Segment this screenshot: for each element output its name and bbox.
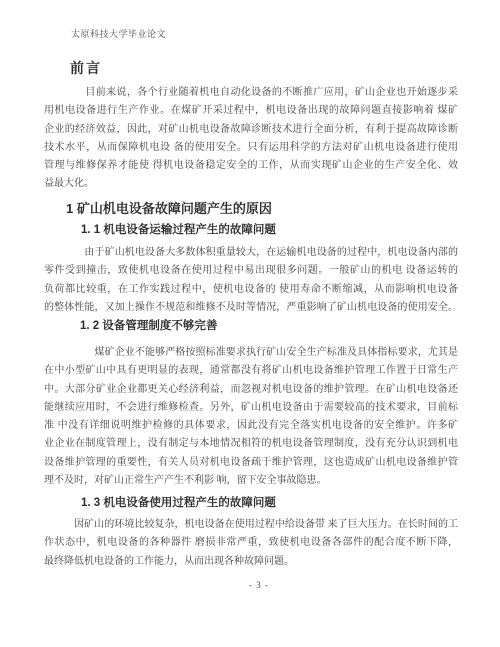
- text-line: 准 中没有详细说明维护检修的具体要求，因此没有完全落实机电设备的安全维护。许多矿: [44, 417, 458, 435]
- section-1-2-heading: 1. 2 设备管理制度不够完善: [80, 320, 217, 333]
- text-line: 在中小型矿山中具有更明显的表现，通常都没有将矿山机电设备维护管理工作置于日常生产: [44, 362, 458, 380]
- text-line: 企业的经济效益，因此，对矿山机电设备故障诊断技术进行全面分析，有利于提高故障诊断: [44, 121, 458, 139]
- page-number: - 3 -: [0, 580, 500, 591]
- text-line: 最终降低机电设备的工作能力，从而出现各种故障问题。: [44, 553, 458, 571]
- section-1-heading: 1 矿山机电设备故障问题产生的原因: [66, 202, 272, 216]
- text-line: 管理与维修保养才能使 得机电设备稳定安全的工作，从而实现矿山企业的生产安全化、效: [44, 157, 458, 175]
- text-line: 煤矿企业不能够严格按照标准要求执行矿山安全生产标准及具体指标要求，尤其是: [44, 344, 458, 362]
- text-line: 由于矿山机电设备大多数体积重量较大，在运输机电设备的过程中，机电设备内部的: [44, 244, 458, 262]
- text-line: 目前来说，各个行业随着机电自动化设备的不断推广应用，矿山企业也开始逐步采: [44, 84, 458, 102]
- text-line: 因矿山的环境比较复杂，机电设备在使用过程中给设备带 来了巨大压力。在长时间的工: [44, 516, 458, 534]
- section-1-1-paragraph: 由于矿山机电设备大多数体积重量较大，在运输机电设备的过程中，机电设备内部的零件受…: [44, 244, 458, 317]
- text-line: 零件受到撞击，致使机电设备在使用过程中易出现很多问题。一般矿山的机电 设备运转的: [44, 262, 458, 280]
- text-line: 技术水平，从而保障机电设 备的使用安全。只有运用科学的方法对矿山机电设备进行使用: [44, 139, 458, 157]
- text-line: 业企业在制度管理上，没有制定与本地情况相符的机电设备管理制度，没有充分认识到机电: [44, 435, 458, 453]
- section-1-1-heading: 1. 1 机电设备运输过程产生的故障问题: [81, 224, 276, 237]
- text-line: 设备维护管理的重要性，有关人员对机电设备疏于维护管理，这也造成矿山机电设备维护管: [44, 454, 458, 472]
- section-1-2-paragraph: 煤矿企业不能够严格按照标准要求执行矿山安全生产标准及具体指标要求，尤其是在中小型…: [44, 344, 458, 490]
- text-line: 作状态中，机电设备的各种器件 磨损非常严重，致使机电设备各部件的配合度不断下降，: [44, 534, 458, 552]
- foreword-paragraph: 目前来说，各个行业随着机电自动化设备的不断推广应用，矿山企业也开始逐步采用机电设…: [44, 84, 458, 194]
- text-line: 的整体性能，又加上操作不规范和维修不及时等情况，严重影响了矿山机电设备的使用安全…: [44, 299, 458, 317]
- section-1-3-heading: 1. 3 机电设备使用过程产生的故障问题: [81, 497, 276, 510]
- text-line: 负荷都比较重，在工作实践过程中，使机电设备的 使用寿命不断缩减，从而影响机电设备: [44, 281, 458, 299]
- running-header: 太原科技大学毕业论文: [71, 29, 166, 40]
- section-1-3-paragraph: 因矿山的环境比较复杂，机电设备在使用过程中给设备带 来了巨大压力。在长时间的工作…: [44, 516, 458, 571]
- text-line: 中。大部分矿业企业都更关心经济利益，而忽视对机电设备的维护管理。在矿山机电设备还: [44, 381, 458, 399]
- thesis-page: 太原科技大学毕业论文 前言 目前来说，各个行业随着机电自动化设备的不断推广应用，…: [0, 0, 500, 647]
- text-line: 理不及时，对矿山正常生产产生不利影 响，留下安全事故隐患。: [44, 472, 458, 490]
- text-line: 能继续应用时，不会进行维修检查。另外，矿山机电设备由于需要较高的技术要求，目前标: [44, 399, 458, 417]
- text-line: 用机电设备进行生产作业。在煤矿开采过程中，机电设备出现的故障问题直接影响着 煤矿: [44, 102, 458, 120]
- text-line: 益最大化。: [44, 175, 458, 193]
- foreword-heading: 前言: [70, 61, 102, 76]
